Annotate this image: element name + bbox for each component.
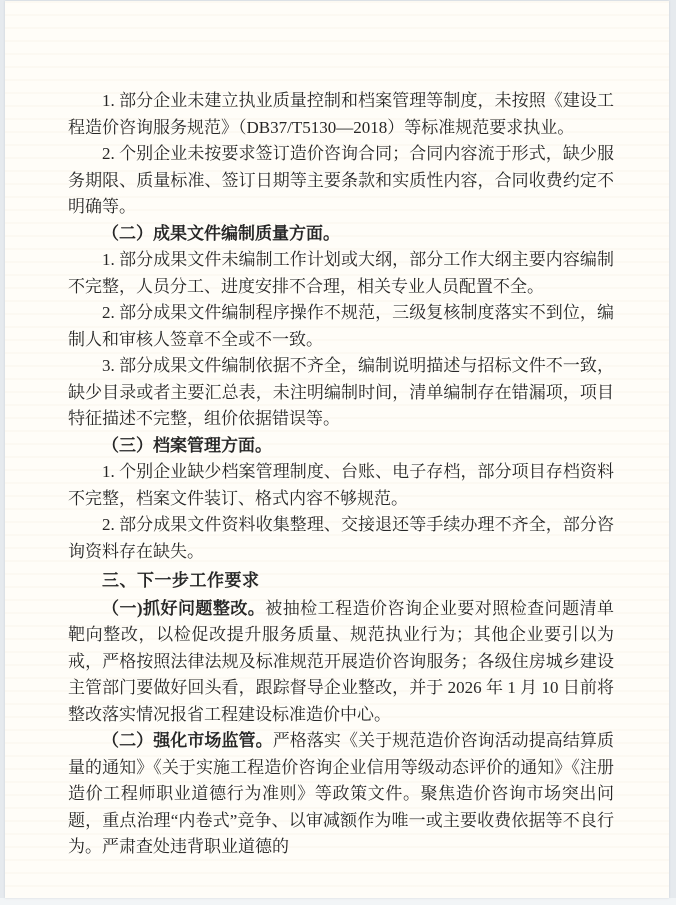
document-page: 1. 部分企业未建立执业质量控制和档案管理等制度，未按照《建设工程造价咨询服务规… bbox=[5, 1, 669, 898]
text-run: 2. 个别企业未按要求签订造价咨询合同；合同内容流于形式，缺少服务期限、质量标准… bbox=[68, 144, 614, 216]
paragraph-para-rectify: （一)抓好问题整改。被抽检工程造价咨询企业要对照检查问题清单靶向整改，以检促改提… bbox=[68, 596, 614, 729]
paragraph-item-2-3: 3. 部分成果文件编制依据不齐全，编制说明描述与招标文件不一致，缺少目录或者主要… bbox=[68, 353, 614, 433]
document-text-block: 1. 部分企业未建立执业质量控制和档案管理等制度，未按照《建设工程造价咨询服务规… bbox=[68, 88, 614, 861]
paragraph-item-1-1: 1. 部分企业未建立执业质量控制和档案管理等制度，未按照《建设工程造价咨询服务规… bbox=[68, 88, 614, 141]
paragraph-subheading-3: （三）档案管理方面。 bbox=[68, 433, 614, 460]
paragraph-para-supervision: （二）强化市场监管。严格落实《关于规范造价咨询活动提高结算质量的通知》《关于实施… bbox=[68, 728, 614, 861]
paragraph-item-2-1: 1. 部分成果文件未编制工作计划或大纲，部分工作大纲主要内容编制不完整，人员分工… bbox=[68, 247, 614, 300]
emphasis-run: （三）档案管理方面。 bbox=[102, 436, 272, 455]
emphasis-run: 三、下一步工作要求 bbox=[102, 571, 260, 590]
text-run: 1. 部分成果文件未编制工作计划或大纲，部分工作大纲主要内容编制不完整，人员分工… bbox=[68, 250, 614, 296]
paragraph-item-2-2: 2. 部分成果文件编制程序操作不规范，三级复核制度落实不到位，编制人和审核人签章… bbox=[68, 300, 614, 353]
page-bottom-gap bbox=[0, 898, 676, 905]
paragraph-item-1-2: 2. 个别企业未按要求签订造价咨询合同；合同内容流于形式，缺少服务期限、质量标准… bbox=[68, 141, 614, 221]
text-run: 1. 个别企业缺少档案管理制度、台账、电子存档，部分项目存档资料不完整，档案文件… bbox=[68, 462, 614, 508]
emphasis-run: （一)抓好问题整改。 bbox=[102, 599, 265, 618]
text-run: 1. 部分企业未建立执业质量控制和档案管理等制度，未按照《建设工程造价咨询服务规… bbox=[68, 91, 614, 137]
paragraph-subheading-2: （二）成果文件编制质量方面。 bbox=[68, 221, 614, 248]
paragraph-item-3-2: 2. 部分成果文件资料收集整理、交接退还等手续办理不齐全，部分咨询资料存在缺失。 bbox=[68, 512, 614, 565]
paragraph-heading-next-steps: 三、下一步工作要求 bbox=[68, 568, 614, 595]
text-run: 2. 部分成果文件资料收集整理、交接退还等手续办理不齐全，部分咨询资料存在缺失。 bbox=[68, 515, 614, 561]
emphasis-run: （二）强化市场监管。 bbox=[102, 731, 273, 750]
emphasis-run: （二）成果文件编制质量方面。 bbox=[102, 224, 340, 243]
text-run: 3. 部分成果文件编制依据不齐全，编制说明描述与招标文件不一致，缺少目录或者主要… bbox=[68, 356, 614, 428]
viewer-canvas: 1. 部分企业未建立执业质量控制和档案管理等制度，未按照《建设工程造价咨询服务规… bbox=[0, 0, 676, 905]
paragraph-item-3-1: 1. 个别企业缺少档案管理制度、台账、电子存档，部分项目存档资料不完整，档案文件… bbox=[68, 459, 614, 512]
text-run: 2. 部分成果文件编制程序操作不规范，三级复核制度落实不到位，编制人和审核人签章… bbox=[68, 303, 614, 349]
